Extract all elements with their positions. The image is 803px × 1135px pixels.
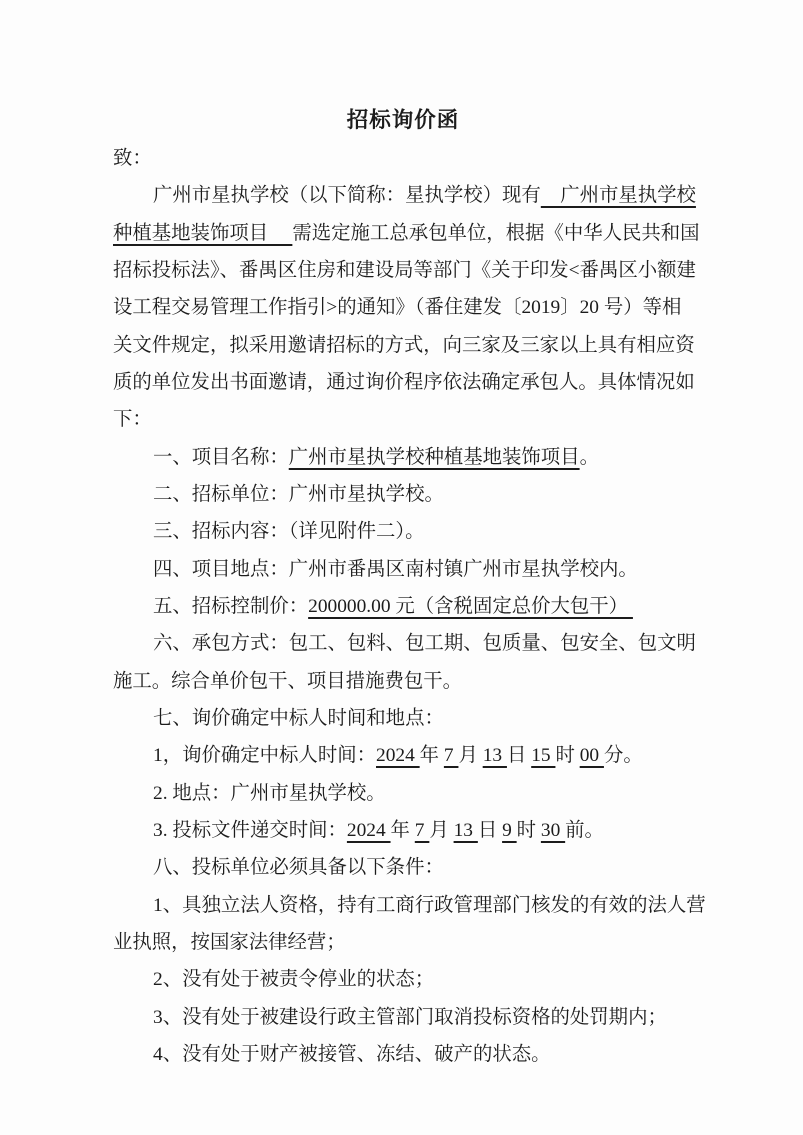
- text-segment: 质的单位发出书面邀请，通过询价程序依法确定承包人。具体情况如: [113, 372, 695, 393]
- document-body: 招标询价函 致：广州市星执学校（以下简称：星执学校）现有 广州市星执学校种植基地…: [113, 100, 693, 1073]
- underlined-segment: 种植基地装饰项目: [113, 223, 292, 244]
- text-segment: 广州市星执学校（以下简称：星执学校）现有: [153, 185, 541, 206]
- underlined-segment: 7: [415, 820, 430, 841]
- text-segment: 六、承包方式：包工、包料、包工期、包质量、包安全、包文明: [153, 633, 696, 654]
- underlined-segment: 2024: [376, 745, 420, 766]
- text-segment: 前。: [565, 820, 604, 841]
- item-8-2-not-suspended: 2、没有处于被责令停业的状态；: [113, 961, 693, 998]
- item-3-tender-content: 三、招标内容：（详见附件二）。: [113, 513, 693, 550]
- item-7-2-location: 2. 地点：广州市星执学校。: [113, 775, 693, 812]
- item-7-1-award-time: 1，询价确定中标人时间：2024 年 7 月 13 日 15 时 00 分。: [113, 737, 693, 774]
- text-segment: 施工。综合单价包干、项目措施费包干。: [113, 671, 462, 692]
- item-2-tendering-unit: 二、招标单位：广州市星执学校。: [113, 476, 693, 513]
- salutation: 致：: [113, 140, 693, 177]
- text-segment: 2. 地点：广州市星执学校。: [153, 783, 386, 804]
- item-8-1-legal-person: 1、具独立法人资格，持有工商行政管理部门核发的有效的法人营: [113, 887, 693, 924]
- text-segment: 七、询价确定中标人时间和地点：: [153, 708, 444, 729]
- intro-line-3: 招标投标法》、番禺区住房和建设局等部门《关于印发<番禺区小额建: [113, 252, 693, 289]
- text-segment: 日: [478, 820, 502, 841]
- item-6-contract-mode: 六、承包方式：包工、包料、包工期、包质量、包安全、包文明: [113, 625, 693, 662]
- text-segment: 三、招标内容：（详见附件二）。: [153, 521, 424, 542]
- text-segment: 关文件规定，拟采用邀请招标的方式，向三家及三家以上具有相应资: [113, 335, 695, 356]
- text-segment: 一、项目名称：: [153, 447, 289, 468]
- underlined-segment: 9: [502, 820, 517, 841]
- text-segment: 年: [420, 745, 444, 766]
- intro-line-1: 广州市星执学校（以下简称：星执学校）现有 广州市星执学校: [113, 177, 693, 214]
- text-segment: 时: [555, 745, 579, 766]
- text-segment: 时: [517, 820, 541, 841]
- text-segment: 。: [580, 447, 599, 468]
- item-5-control-price: 五、招标控制价：200000.00 元（含税固定总价大包干）: [113, 588, 693, 625]
- item-8-3-not-disqualified: 3、没有处于被建设行政主管部门取消投标资格的处罚期内；: [113, 999, 693, 1036]
- text-segment: 需选定施工总承包单位，根据《中华人民共和国: [292, 223, 699, 244]
- text-segment: 1，询价确定中标人时间：: [153, 745, 376, 766]
- item-7-heading: 七、询价确定中标人时间和地点：: [113, 700, 693, 737]
- text-segment: 月: [458, 745, 482, 766]
- intro-line-4: 设工程交易管理工作指引>的通知》（番住建发〔2019〕20 号）等相: [113, 289, 693, 326]
- text-segment: 致：: [113, 148, 152, 169]
- underlined-segment: 7: [444, 745, 459, 766]
- intro-line-6: 质的单位发出书面邀请，通过询价程序依法确定承包人。具体情况如: [113, 364, 693, 401]
- underlined-segment: 广州市星执学校: [541, 185, 696, 206]
- intro-line-2: 种植基地装饰项目 需选定施工总承包单位，根据《中华人民共和国: [113, 215, 693, 252]
- intro-line-5: 关文件规定，拟采用邀请招标的方式，向三家及三家以上具有相应资: [113, 327, 693, 364]
- underlined-segment: 2024: [347, 820, 391, 841]
- intro-line-7: 下：: [113, 401, 693, 438]
- text-segment: 月: [429, 820, 453, 841]
- text-segment: 五、招标控制价：: [153, 596, 308, 617]
- underlined-segment: 15: [531, 745, 555, 766]
- text-segment: 业执照，按国家法律经营；: [113, 932, 346, 953]
- document-page: 招标询价函 致：广州市星执学校（以下简称：星执学校）现有 广州市星执学校种植基地…: [0, 0, 803, 1135]
- text-segment: 下：: [113, 409, 152, 430]
- text-segment: 设工程交易管理工作指引>的通知》（番住建发〔2019〕20 号）等相: [113, 297, 681, 318]
- item-4-project-location: 四、项目地点：广州市番禺区南村镇广州市星执学校内。: [113, 551, 693, 588]
- underlined-segment: 200000.00 元（含税固定总价大包干）: [308, 596, 633, 617]
- text-segment: 4、没有处于财产被接管、冻结、破产的状态。: [153, 1044, 551, 1065]
- item-7-3-submission-deadline: 3. 投标文件递交时间：2024 年 7 月 13 日 9 时 30 前。: [113, 812, 693, 849]
- text-segment: 1、具独立法人资格，持有工商行政管理部门核发的有效的法人营: [153, 895, 706, 916]
- text-segment: 3. 投标文件递交时间：: [153, 820, 347, 841]
- text-segment: 二、招标单位：广州市星执学校。: [153, 484, 444, 505]
- underlined-segment: 00: [580, 745, 604, 766]
- item-1-project-name: 一、项目名称：广州市星执学校种植基地装饰项目。: [113, 439, 693, 476]
- text-segment: 3、没有处于被建设行政主管部门取消投标资格的处罚期内；: [153, 1007, 667, 1028]
- underlined-segment: 13: [483, 745, 507, 766]
- underlined-segment: 广州市星执学校种植基地装饰项目: [289, 447, 580, 468]
- item-6-contract-mode-cont: 施工。综合单价包干、项目措施费包干。: [113, 663, 693, 700]
- document-title: 招标询价函: [113, 100, 693, 140]
- text-segment: 日: [507, 745, 531, 766]
- item-8-heading: 八、投标单位必须具备以下条件：: [113, 849, 693, 886]
- item-8-1-legal-person-cont: 业执照，按国家法律经营；: [113, 924, 693, 961]
- underlined-segment: 13: [454, 820, 478, 841]
- item-8-4-not-bankrupt: 4、没有处于财产被接管、冻结、破产的状态。: [113, 1036, 693, 1073]
- text-segment: 招标投标法》、番禺区住房和建设局等部门《关于印发<番禺区小额建: [113, 260, 696, 281]
- text-segment: 2、没有处于被责令停业的状态；: [153, 969, 434, 990]
- text-segment: 四、项目地点：广州市番禺区南村镇广州市星执学校内。: [153, 559, 638, 580]
- text-segment: 分。: [604, 745, 643, 766]
- underlined-segment: 30: [541, 820, 565, 841]
- text-segment: 八、投标单位必须具备以下条件：: [153, 857, 444, 878]
- text-segment: 年: [391, 820, 415, 841]
